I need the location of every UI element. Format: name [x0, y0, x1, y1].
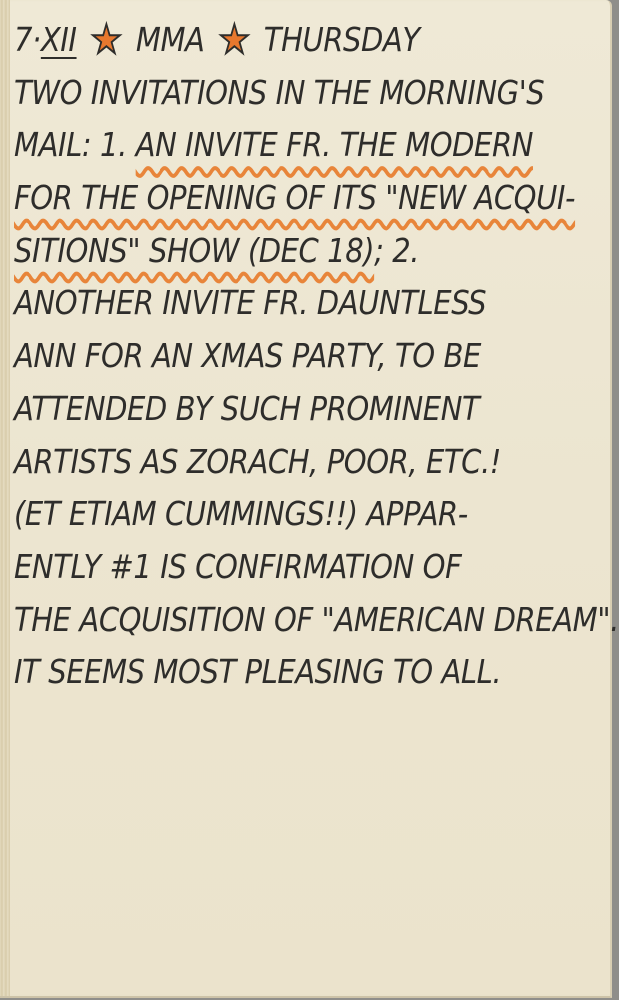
entry-line: ANN FOR AN XMAS PARTY, TO BE [14, 330, 533, 383]
entry-line: MAIL: 1. AN INVITE FR. THE MODERN [14, 119, 533, 172]
notebook-page: 7·XII ★ MMA ★ THURSDAY TWO INVITATIONS I… [0, 0, 612, 998]
orange-star-icon: ★ [219, 14, 250, 67]
line-text: ANN FOR AN XMAS PARTY, TO BE [14, 336, 481, 375]
weekday-label: THURSDAY [264, 20, 420, 59]
entry-line: (ET ETIAM CUMMINGS!!) APPAR- [14, 488, 533, 541]
line-text: ; 2. [374, 231, 419, 270]
place-label: MMA [136, 20, 205, 59]
orange-star-icon: ★ [91, 14, 122, 67]
line-text: ATTENDED BY SUCH PROMINENT [14, 389, 479, 428]
line-text: (ET ETIAM CUMMINGS!!) APPAR- [14, 494, 468, 533]
entry-line: ATTENDED BY SUCH PROMINENT [14, 383, 533, 436]
line-text: TWO INVITATIONS IN THE MORNING'S [14, 73, 544, 112]
entry-line: SITIONS" SHOW (DEC 18); 2. [14, 225, 533, 278]
page-binding-edge [0, 0, 10, 996]
entry-line: IT SEEMS MOST PLEASING TO ALL. [14, 646, 533, 699]
line-text: ANOTHER INVITE FR. DAUNTLESS [14, 283, 486, 322]
line-text: ENTLY #1 IS CONFIRMATION OF [14, 547, 461, 586]
entry-line: ANOTHER INVITE FR. DAUNTLESS [14, 277, 533, 330]
date-day: 7· [14, 20, 41, 59]
line-text: IT SEEMS MOST PLEASING TO ALL. [14, 652, 501, 691]
entry-line: ARTISTS AS ZORACH, POOR, ETC.! [14, 436, 533, 489]
entry-line: ENTLY #1 IS CONFIRMATION OF [14, 541, 533, 594]
highlighted-text: FOR THE OPENING OF ITS "NEW ACQUI- [14, 178, 575, 217]
line-text: ARTISTS AS ZORACH, POOR, ETC.! [14, 442, 501, 481]
entry-line: FOR THE OPENING OF ITS "NEW ACQUI- [14, 172, 533, 225]
entry-line: THE ACQUISITION OF "AMERICAN DREAM". [14, 594, 533, 647]
journal-entry: 7·XII ★ MMA ★ THURSDAY TWO INVITATIONS I… [14, 14, 533, 699]
entry-header: 7·XII ★ MMA ★ THURSDAY [14, 14, 533, 67]
line-text: MAIL: 1. [14, 125, 136, 164]
line-text: THE ACQUISITION OF "AMERICAN DREAM". [14, 600, 619, 639]
date-month: XII [41, 20, 77, 59]
highlighted-text: AN INVITE FR. THE MODERN [136, 125, 533, 164]
entry-line: TWO INVITATIONS IN THE MORNING'S [14, 67, 533, 120]
highlighted-text: SITIONS" SHOW (DEC 18) [14, 231, 374, 270]
